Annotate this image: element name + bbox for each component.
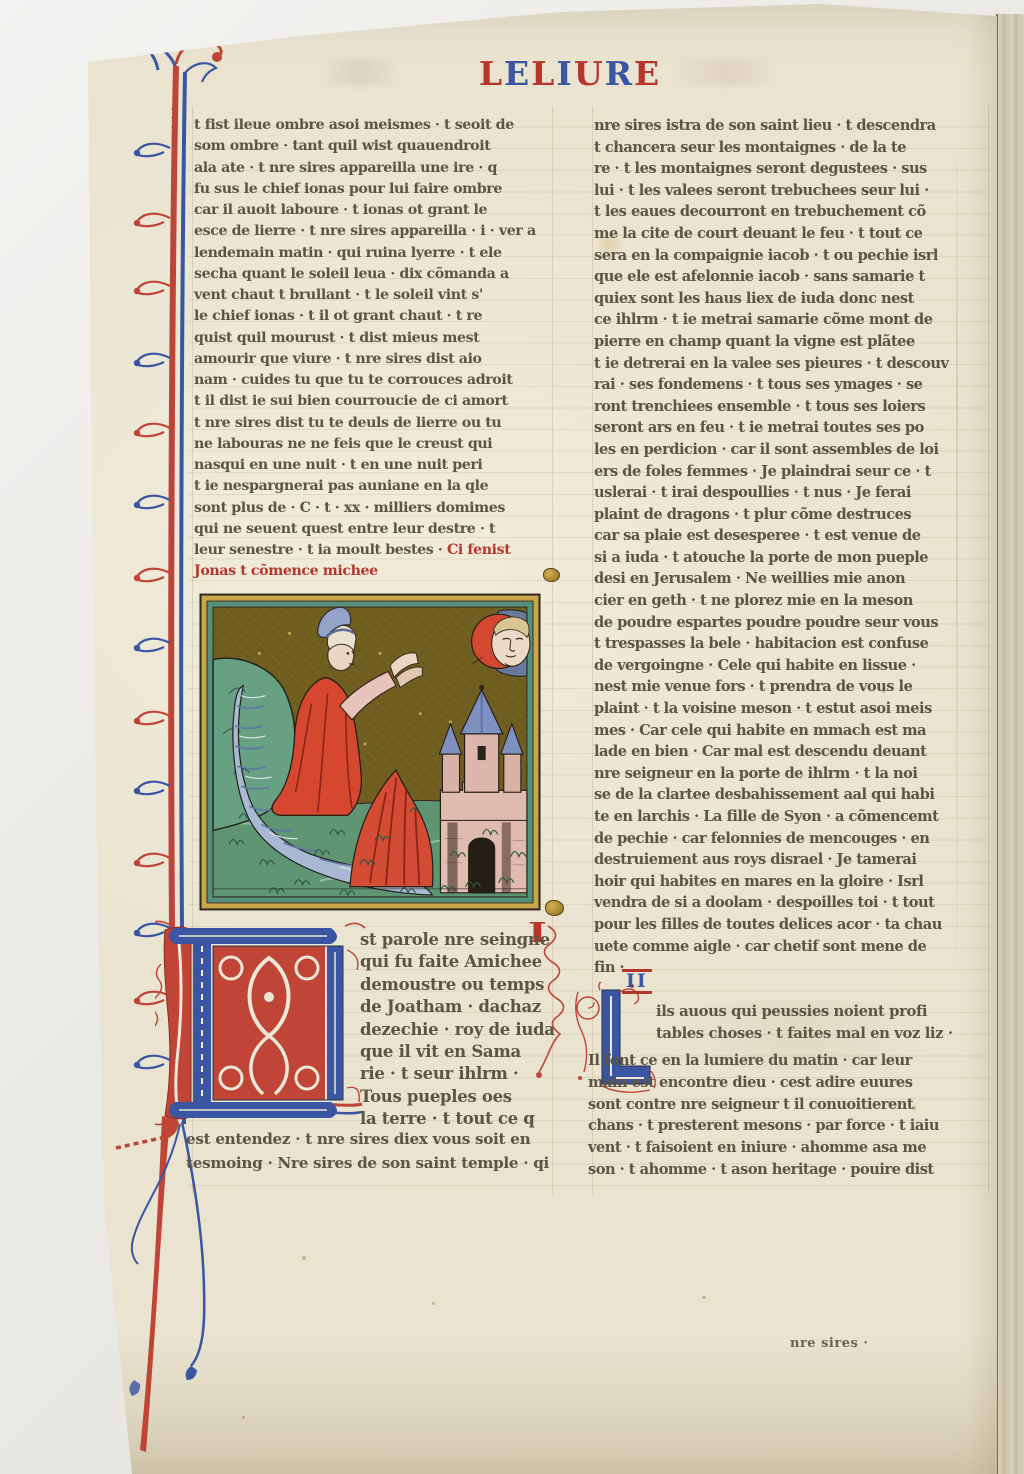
text-line: fu sus le chief ionas pour lui faire omb…	[194, 179, 550, 200]
text-line: si a iuda · t atouche la porte de mon pu…	[594, 547, 990, 569]
running-title: LELIURE	[420, 54, 720, 93]
text-line: que il vit en Sama	[360, 1041, 552, 1063]
text-line: se de la clartee desbahissement aal qui …	[594, 784, 990, 806]
text-line: hoir qui habites en mares en la gloire ·…	[594, 871, 990, 893]
text-line: seront ars en feu · t ie metrai toutes s…	[594, 417, 990, 439]
grass-tufts	[229, 808, 526, 895]
text-line: cier en geth · t ne plorez mie en la mes…	[594, 590, 990, 612]
gold-fleck	[545, 900, 564, 916]
text-line: ront trenchiees ensemble · t tous ses lo…	[594, 396, 990, 418]
text-line: quiex sont les haus liex de iuda donc ne…	[594, 288, 990, 310]
text-line: est entendez · t nre sires diex vous soi…	[186, 1128, 552, 1152]
text-line: de poudre espartes poudre poudre seur vo…	[594, 612, 990, 634]
prophet-head	[328, 640, 354, 670]
text-line: de Joatham · dachaz	[360, 996, 552, 1018]
text-line: ce ihlrm · t ie metrai samarie cõme mont…	[594, 309, 990, 331]
text-line: pierre en champ quant la vigne est plãte…	[594, 331, 990, 353]
text-line: de pechie · car felonnies de mencouges ·…	[594, 828, 990, 850]
text-line: chans · t presterent mesons · par force …	[588, 1115, 990, 1137]
sleeve	[340, 672, 396, 720]
stain	[6, 276, 82, 356]
text-line: uete comme aigle · car chetif sont mene …	[594, 936, 990, 958]
text-line: tesmoing · Nre sires de son saint temple…	[186, 1152, 552, 1176]
praying-hands	[390, 653, 418, 678]
text-line: ne labouras ne ne feis que le creust qui	[194, 434, 550, 455]
pointed-hat	[318, 607, 351, 637]
gold-fleck	[543, 568, 560, 582]
text-line: nre sires istra de son saint lieu · t de…	[594, 115, 990, 137]
text-line: t ie detrerai en la valee ses pieures · …	[594, 353, 990, 375]
text-line: desi en Jerusalem · Ne weillies mie anon	[594, 568, 990, 590]
show-through	[300, 58, 420, 86]
text-line: dezechie · roy de iuda	[360, 1019, 552, 1041]
right-text-column: nre sires istra de son saint lieu · t de…	[594, 115, 990, 979]
text-line: vendra de si a doolam · despoilles toi ·…	[594, 892, 990, 914]
left-text-column: t fist ileue ombre asoi meismes · t seoi…	[194, 115, 550, 583]
text-line: plaint de dragons · t plur cõme destruce…	[594, 504, 990, 526]
book-page-edges	[996, 14, 1024, 1474]
text-line: ils auous qui peussies noient profi	[656, 1001, 990, 1023]
chapter-two-indented-text: ils auous qui peussies noient profitable…	[656, 1001, 990, 1045]
text-line: rai · ses fondemens · t tous ses ymages …	[594, 374, 990, 396]
text-line: leur senestre · t ia moult bestes · Ci f…	[194, 540, 550, 561]
red-cloak	[272, 678, 361, 816]
text-line: fin ·	[594, 957, 990, 979]
text-line: qui fu faite Amichee	[360, 951, 552, 973]
text-line: som ombre · tant quil wist quauendroit	[194, 136, 550, 157]
text-line: son · t ahomme · t ason heritage · pouir…	[588, 1159, 990, 1181]
text-line: nre seigneur en la porte de ihlrm · t la…	[594, 763, 990, 785]
waterfall	[233, 686, 432, 895]
text-line: t chancera seur les montaignes · de la t…	[594, 137, 990, 159]
text-line: Il font ce en la lumiere du matin · car …	[588, 1050, 990, 1072]
text-line: rie · t seur ihlrm ·	[360, 1063, 552, 1085]
god-face-in-cloud	[472, 610, 530, 677]
text-line: sont plus de · C · t · xx · milliers dom…	[194, 498, 550, 519]
grass-ground	[213, 800, 527, 897]
red-halo	[472, 614, 526, 668]
text-line: me la cite de court deuant le feu · t to…	[594, 223, 990, 245]
text-line: re · t les montaignes seront degustees ·…	[594, 158, 990, 180]
text-line: nest mie venue fors · t prendra de vous …	[594, 676, 990, 698]
text-line: nasqui en une nuit · t en une nuit peri	[194, 455, 550, 476]
text-line: Jonas t cõmence michee	[194, 561, 550, 582]
god-hair	[494, 617, 529, 637]
blue-cloud	[490, 610, 527, 677]
chapter-numeral-two: II	[622, 969, 652, 994]
text-line: t ie nespargnerai pas auniane en la qle	[194, 476, 550, 497]
ruling-vertical	[592, 106, 593, 1194]
prophet-figure	[272, 607, 422, 815]
text-line: quist quil mourust · t dist mieus mest	[194, 328, 550, 349]
text-line: st parole nre seingne	[360, 929, 552, 951]
text-line: te en larchis · La fille de Syon · a cõm…	[594, 806, 990, 828]
text-line: demoustre ou temps	[360, 974, 552, 996]
text-line: esce de lierre · t nre sires appareilla …	[194, 221, 550, 242]
text-line: plaint · t la voisine meson · t estut as…	[594, 698, 990, 720]
text-line: lade en bien · Car mal est descendu deua…	[594, 741, 990, 763]
text-line: secha quant le soleil leua · dix cõmanda…	[194, 264, 550, 285]
text-line: Tous pueples oes	[360, 1086, 552, 1108]
text-line: t trespasses la bele · habitacion est co…	[594, 633, 990, 655]
text-line: nam · cuides tu que tu te corrouces adro…	[194, 370, 550, 391]
gold-frame	[201, 595, 540, 910]
gold-background	[213, 607, 527, 897]
chapter-two-full-text: Il font ce en la lumiere du matin · car …	[588, 1050, 990, 1181]
text-line: t les eaues decourront en trebuchement c…	[594, 201, 990, 223]
text-line: t il dist ie sui bien courroucie de ci a…	[194, 391, 550, 412]
text-line: LELIURE	[479, 54, 661, 93]
text-line: sont contre nre seigneur t il conuoitier…	[588, 1094, 990, 1116]
text-line: mes · Car cele qui habite en mmach est m…	[594, 720, 990, 742]
chapter-one-indented-text: st parole nre seingnequi fu faite Amiche…	[360, 929, 552, 1131]
castle	[439, 685, 527, 893]
text-line: ala ate · t nre sires appareilla une ire…	[194, 158, 550, 179]
text-line: destruiement aus roys disrael · Je tamer…	[594, 849, 990, 871]
text-line: sera en la compaignie iacob · t ou pechi…	[594, 245, 990, 267]
catchword: nre sires ·	[790, 1336, 868, 1351]
text-line: car il auoit laboure · t ionas ot grant …	[194, 200, 550, 221]
text-line: vent · t faisoient en iniure · ahomme as…	[588, 1137, 990, 1159]
text-line: t fist ileue ombre asoi meismes · t seoi…	[194, 115, 550, 136]
text-line: tables choses · t faites mal en voz liz …	[656, 1023, 990, 1045]
text-line: vent chaut t brullant · t le soleil vint…	[194, 285, 550, 306]
text-line: ers de foles femmes · Je plaindrai seur …	[594, 461, 990, 483]
hill	[213, 658, 295, 830]
chapter-one-full-text: est entendez · t nre sires diex vous soi…	[186, 1128, 552, 1175]
ruling-vertical	[192, 106, 193, 1194]
parchment-page: LELIURE	[0, 0, 1024, 1474]
manuscript-photo: LELIURE	[0, 0, 1024, 1474]
text-line: pour les filles de toutes delices acor ·…	[594, 914, 990, 936]
text-line: lui · t les valees seront trebuchees seu…	[594, 180, 990, 202]
text-line: t nre sires dist tu te deuls de lierre o…	[194, 413, 550, 434]
miniature-illustration	[199, 593, 541, 911]
text-line: le chief ionas · t il ot grant chaut · t…	[194, 306, 550, 327]
stain	[2, 950, 66, 1046]
text-line: qui ne seuent quest entre leur destre · …	[194, 519, 550, 540]
text-line: amourir que viure · t nre sires dist aio	[194, 349, 550, 370]
red-mound	[350, 770, 433, 887]
text-line: lendemain matin · qui ruina lyerre · t e…	[194, 243, 550, 264]
text-line: uslerai · t irai despoullies · t nus · J…	[594, 482, 990, 504]
text-line: les en perdicion · car il sont assembles…	[594, 439, 990, 461]
text-line: main est encontre dieu · cest adire euur…	[588, 1072, 990, 1094]
text-line: car sa plaie est desesperee · t est venu…	[594, 525, 990, 547]
text-line: de vergoingne · Cele qui habite en lissu…	[594, 655, 990, 677]
teal-frame	[210, 604, 530, 900]
text-line: que ele est afelonnie iacob · sans samar…	[594, 266, 990, 288]
